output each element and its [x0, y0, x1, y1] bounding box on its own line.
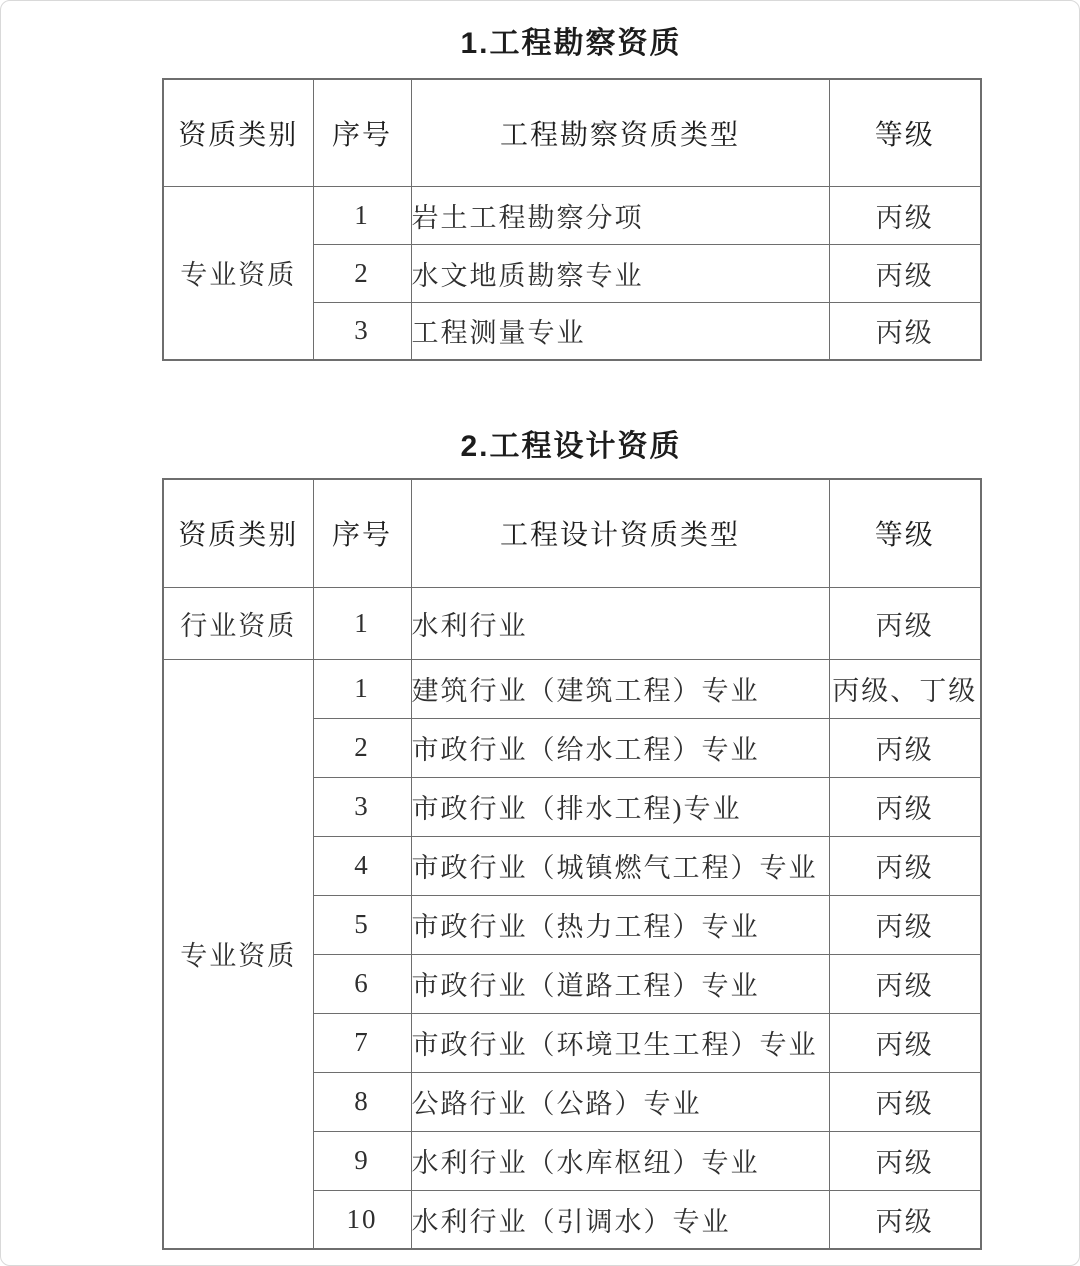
- grade-cell: 丙级: [829, 895, 981, 954]
- table-row: 行业资质1水利行业丙级: [163, 587, 981, 659]
- row-number-cell: 1: [313, 587, 411, 659]
- table-row: 专业资质1建筑行业（建筑工程）专业丙级、丁级: [163, 659, 981, 718]
- row-number-cell: 8: [313, 1072, 411, 1131]
- header-grade: 等级: [829, 79, 981, 186]
- qualification-type-cell: 工程测量专业: [411, 302, 829, 360]
- row-number-cell: 3: [313, 777, 411, 836]
- header-qualification-type: 工程设计资质类型: [411, 479, 829, 587]
- table-header-row: 资质类别 序号 工程设计资质类型 等级: [163, 479, 981, 587]
- qualification-type-cell: 市政行业（环境卫生工程）专业: [411, 1013, 829, 1072]
- row-number-cell: 4: [313, 836, 411, 895]
- header-qualification-type: 工程勘察资质类型: [411, 79, 829, 186]
- grade-cell: 丙级: [829, 302, 981, 360]
- header-category: 资质类别: [163, 79, 313, 186]
- row-number-cell: 6: [313, 954, 411, 1013]
- row-number-cell: 5: [313, 895, 411, 954]
- qualification-type-cell: 市政行业（城镇燃气工程）专业: [411, 836, 829, 895]
- qualification-type-cell: 公路行业（公路）专业: [411, 1072, 829, 1131]
- section-title-survey: 1.工程勘察资质: [162, 26, 980, 62]
- grade-cell: 丙级: [829, 1072, 981, 1131]
- row-number-cell: 3: [313, 302, 411, 360]
- row-number-cell: 1: [313, 659, 411, 718]
- grade-cell: 丙级: [829, 1190, 981, 1249]
- header-index: 序号: [313, 79, 411, 186]
- grade-cell: 丙级: [829, 1131, 981, 1190]
- grade-cell: 丙级: [829, 244, 981, 302]
- grade-cell: 丙级: [829, 718, 981, 777]
- design-qualification-table: 资质类别 序号 工程设计资质类型 等级 行业资质1水利行业丙级专业资质1建筑行业…: [162, 478, 982, 1250]
- category-cell: 专业资质: [163, 186, 313, 360]
- header-grade: 等级: [829, 479, 981, 587]
- qualification-type-cell: 水利行业（水库枢纽）专业: [411, 1131, 829, 1190]
- table-row: 专业资质1岩土工程勘察分项丙级: [163, 186, 981, 244]
- header-category: 资质类别: [163, 479, 313, 587]
- document-page: 1.工程勘察资质 资质类别 序号 工程勘察资质类型 等级 专业资质1岩土工程勘察…: [0, 0, 1080, 1266]
- qualification-type-cell: 市政行业（热力工程）专业: [411, 895, 829, 954]
- row-number-cell: 1: [313, 186, 411, 244]
- row-number-cell: 10: [313, 1190, 411, 1249]
- row-number-cell: 9: [313, 1131, 411, 1190]
- qualification-type-cell: 水利行业: [411, 587, 829, 659]
- qualification-type-cell: 水利行业（引调水）专业: [411, 1190, 829, 1249]
- row-number-cell: 2: [313, 718, 411, 777]
- row-number-cell: 2: [313, 244, 411, 302]
- survey-qualification-table: 资质类别 序号 工程勘察资质类型 等级 专业资质1岩土工程勘察分项丙级2水文地质…: [162, 78, 982, 361]
- header-index: 序号: [313, 479, 411, 587]
- category-cell: 专业资质: [163, 659, 313, 1249]
- grade-cell: 丙级: [829, 777, 981, 836]
- qualification-type-cell: 建筑行业（建筑工程）专业: [411, 659, 829, 718]
- qualification-type-cell: 市政行业（给水工程）专业: [411, 718, 829, 777]
- grade-cell: 丙级: [829, 836, 981, 895]
- grade-cell: 丙级: [829, 954, 981, 1013]
- grade-cell: 丙级: [829, 186, 981, 244]
- category-cell: 行业资质: [163, 587, 313, 659]
- table-header-row: 资质类别 序号 工程勘察资质类型 等级: [163, 79, 981, 186]
- qualification-type-cell: 岩土工程勘察分项: [411, 186, 829, 244]
- qualification-type-cell: 市政行业（道路工程）专业: [411, 954, 829, 1013]
- row-number-cell: 7: [313, 1013, 411, 1072]
- section-title-design: 2.工程设计资质: [162, 429, 980, 465]
- qualification-type-cell: 市政行业（排水工程)专业: [411, 777, 829, 836]
- grade-cell: 丙级: [829, 1013, 981, 1072]
- qualification-type-cell: 水文地质勘察专业: [411, 244, 829, 302]
- grade-cell: 丙级: [829, 587, 981, 659]
- grade-cell: 丙级、丁级: [829, 659, 981, 718]
